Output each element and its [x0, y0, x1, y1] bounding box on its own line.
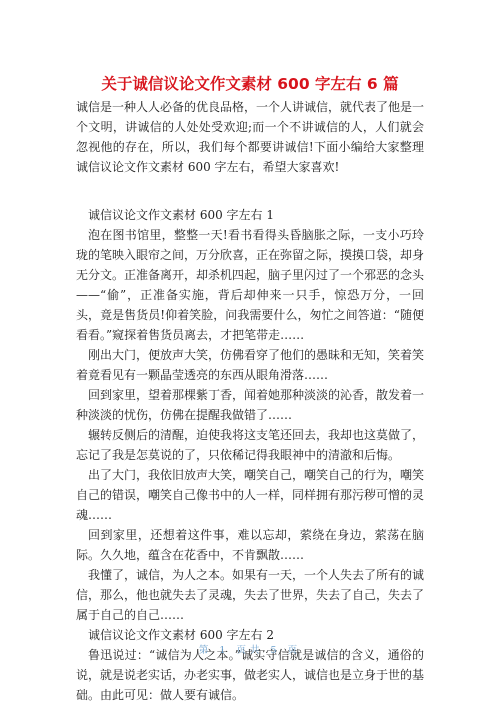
section-heading-1: 诚信议论文作文素材 600 字左右 1 — [76, 205, 424, 225]
section-1-paragraph-3: 回到家里，望着那棵紫丁香，闻着她那种淡淡的沁香，散发着一种淡淡的忧伤，仿佛在提醒… — [76, 385, 424, 425]
spacer — [76, 177, 424, 197]
section-1-paragraph-4: 辗转反侧后的清醒，迫使我将这支笔还回去，我却也这莫做了，忘记了我是怎莫说的了，只… — [76, 425, 424, 465]
section-1-paragraph-1: 泡在图书馆里，整整一天!看书看得头昏脑胀之际，一支小巧玲珑的笔映入眼帘之间，万分… — [76, 225, 424, 345]
intro-paragraph: 诚信是一种人人必备的优良品格，一个人讲诚信，就代表了他是一个文明，讲诚信的人处处… — [76, 97, 424, 177]
section-1-paragraph-2: 刚出大门，便放声大笑，仿佛看穿了他们的愚昧和无知，笑着笑着竟看见有一颗晶莹透亮的… — [76, 345, 424, 385]
page-footer: 第 1 页共 5 页 — [0, 642, 500, 656]
section-1-paragraph-5: 出了大门，我依旧放声大笑，嘲笑自己，嘲笑自己的行为，嘲笑自己的错误，嘲笑自己像书… — [76, 465, 424, 525]
section-1-paragraph-7: 我懂了，诚信，为人之本。如果有一天，一个人失去了所有的诚信，那么，他也就失去了灵… — [76, 565, 424, 625]
document-body: 诚信是一种人人必备的优良品格，一个人讲诚信，就代表了他是一个文明，讲诚信的人处处… — [76, 97, 424, 705]
document-page: 关于诚信议论文作文素材 600 字左右 6 篇 诚信是一种人人必备的优良品格，一… — [0, 0, 500, 707]
document-title: 关于诚信议论文作文素材 600 字左右 6 篇 — [0, 74, 500, 94]
section-1-paragraph-6: 回到家里，还想着这件事，难以忘却，萦绕在身边，萦荡在脑际。久久地，蕴含在花香中，… — [76, 525, 424, 565]
